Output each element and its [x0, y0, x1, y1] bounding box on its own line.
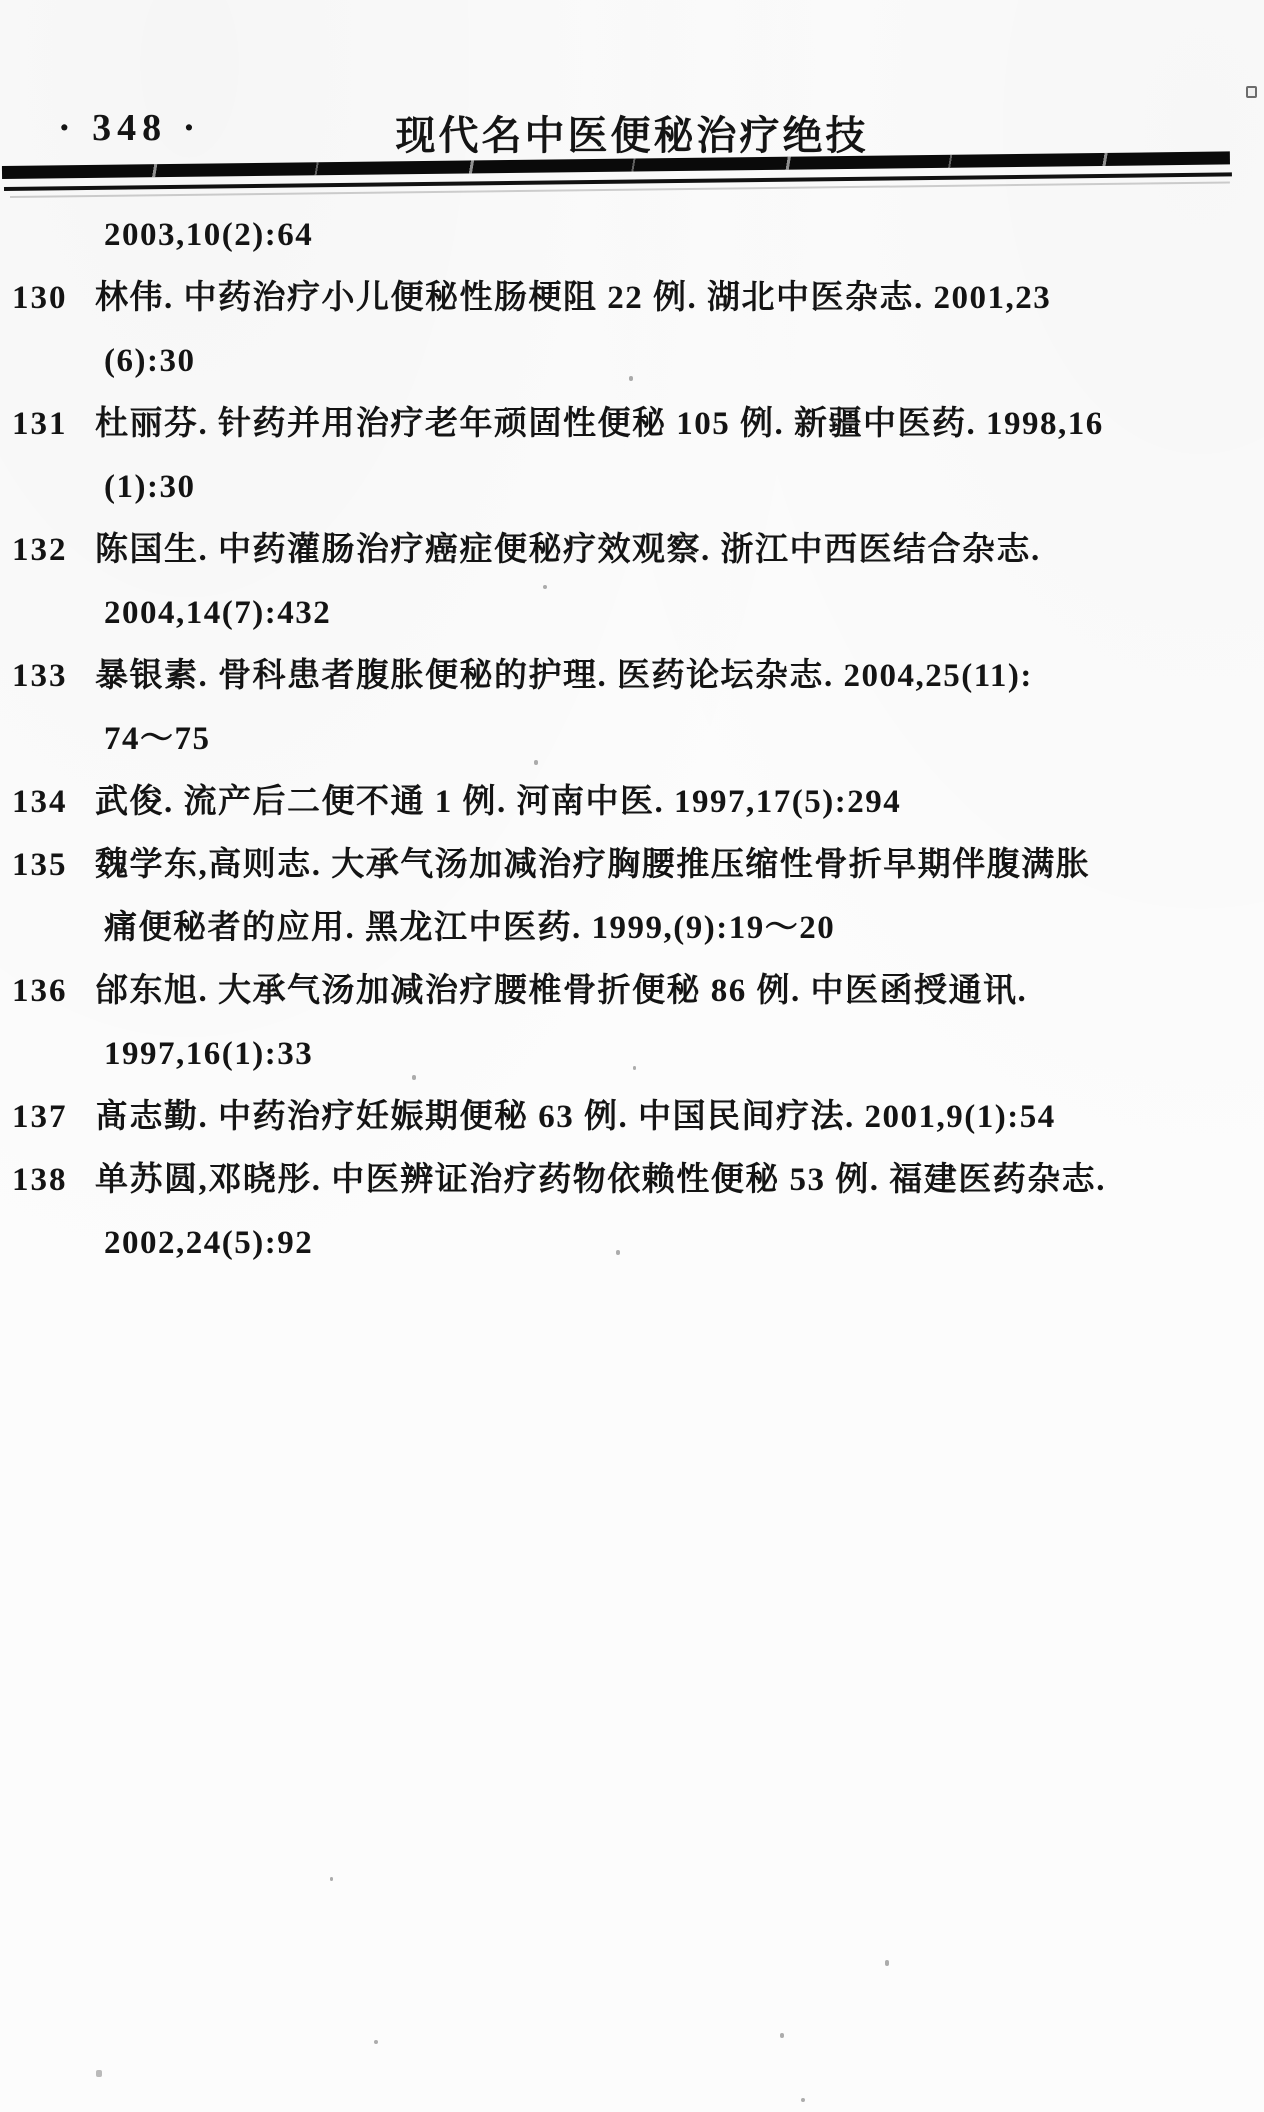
- reference-rows: 130 林伟. 中药治疗小儿便秘性肠梗阻 22 例. 湖北中医杂志. 2001,…: [0, 267, 1264, 1275]
- reference-text: 髙志勤. 中药治疗妊娠期便秘 63 例. 中国民间疗法. 2001,9(1):5…: [95, 1086, 1264, 1149]
- reference-line: 74～75: [95, 708, 1264, 771]
- reference-line: 髙志勤. 中药治疗妊娠期便秘 63 例. 中国民间疗法. 2001,9(1):5…: [95, 1086, 1264, 1149]
- reference-item: 131 杜丽芬. 针药并用治疗老年顽固性便秘 105 例. 新疆中医药. 199…: [0, 393, 1264, 519]
- reference-number: 131: [12, 393, 68, 456]
- scan-speck: [96, 2070, 102, 2077]
- scan-speck: [534, 760, 538, 765]
- scan-speck: [616, 1250, 620, 1255]
- reference-line: (6):30: [95, 330, 1264, 393]
- reference-line: 痛便秘者的应用. 黑龙江中医药. 1999,(9):19～20: [95, 897, 1264, 960]
- reference-number: 135: [12, 834, 68, 897]
- reference-line: (1):30: [95, 456, 1264, 519]
- reference-number: 138: [12, 1149, 68, 1212]
- reference-text: 魏学东,高则志. 大承气汤加减治疗胸腰推压缩性骨折早期伴腹满胀痛便秘者的应用. …: [95, 834, 1264, 960]
- reference-list: 2003,10(2):64 130 林伟. 中药治疗小儿便秘性肠梗阻 22 例.…: [0, 204, 1264, 1275]
- scan-speck: [330, 1877, 333, 1881]
- scan-speck: [629, 376, 633, 381]
- reference-line: 杜丽芬. 针药并用治疗老年顽固性便秘 105 例. 新疆中医药. 1998,16: [95, 393, 1264, 456]
- reference-number: 130: [12, 267, 68, 330]
- reference-item: 136 邰东旭. 大承气汤加减治疗腰椎骨折便秘 86 例. 中医函授通讯.199…: [0, 960, 1264, 1086]
- scanned-book-page: · 348 · 现代名中医便秘治疗绝技 2003,10(2):64 130 林伟…: [0, 0, 1264, 2112]
- reference-item: 138 单苏圆,邓晓彤. 中医辨证治疗药物依赖性便秘 53 例. 福建医药杂志.…: [0, 1149, 1264, 1275]
- reference-text: 杜丽芬. 针药并用治疗老年顽固性便秘 105 例. 新疆中医药. 1998,16…: [95, 393, 1264, 519]
- scan-speck: [780, 2033, 784, 2038]
- reference-line: 单苏圆,邓晓彤. 中医辨证治疗药物依赖性便秘 53 例. 福建医药杂志.: [95, 1149, 1264, 1212]
- reference-line: 2004,14(7):432: [95, 582, 1264, 645]
- reference-text: 邰东旭. 大承气汤加减治疗腰椎骨折便秘 86 例. 中医函授通讯.1997,16…: [95, 960, 1264, 1086]
- reference-item: 130 林伟. 中药治疗小儿便秘性肠梗阻 22 例. 湖北中医杂志. 2001,…: [0, 267, 1264, 393]
- reference-number: 132: [12, 519, 68, 582]
- scan-speck: [543, 585, 547, 589]
- reference-item: 132 陈国生. 中药灌肠治疗癌症便秘疗效观察. 浙江中西医结合杂志.2004,…: [0, 519, 1264, 645]
- reference-number: 134: [12, 771, 68, 834]
- reference-number: 133: [12, 645, 68, 708]
- reference-line: 1997,16(1):33: [95, 1023, 1264, 1086]
- scan-speck: [374, 2040, 378, 2044]
- scan-speck: [885, 1960, 889, 1966]
- reference-item: 135 魏学东,高则志. 大承气汤加减治疗胸腰推压缩性骨折早期伴腹满胀痛便秘者的…: [0, 834, 1264, 960]
- reference-line: 武俊. 流产后二便不通 1 例. 河南中医. 1997,17(5):294: [95, 771, 1264, 834]
- reference-item: 134 武俊. 流产后二便不通 1 例. 河南中医. 1997,17(5):29…: [0, 771, 1264, 834]
- reference-line: 2002,24(5):92: [95, 1212, 1264, 1275]
- reference-line: 邰东旭. 大承气汤加减治疗腰椎骨折便秘 86 例. 中医函授通讯.: [95, 960, 1264, 1023]
- reference-text: 武俊. 流产后二便不通 1 例. 河南中医. 1997,17(5):294: [95, 771, 1264, 834]
- reference-number: 136: [12, 960, 68, 1023]
- reference-text: 林伟. 中药治疗小儿便秘性肠梗阻 22 例. 湖北中医杂志. 2001,23(6…: [95, 267, 1264, 393]
- reference-text: 陈国生. 中药灌肠治疗癌症便秘疗效观察. 浙江中西医结合杂志.2004,14(7…: [95, 519, 1264, 645]
- scan-speck: [801, 2098, 805, 2102]
- reference-item: 137 髙志勤. 中药治疗妊娠期便秘 63 例. 中国民间疗法. 2001,9(…: [0, 1086, 1264, 1149]
- reference-continuation-line: 2003,10(2):64: [104, 204, 1264, 267]
- scan-speck: [412, 1075, 416, 1080]
- scan-speck: [1246, 86, 1257, 98]
- reference-text: 暴银素. 骨科患者腹胀便秘的护理. 医药论坛杂志. 2004,25(11):74…: [95, 645, 1264, 771]
- running-head: · 348 · 现代名中医便秘治疗绝技: [0, 104, 1264, 152]
- reference-line: 陈国生. 中药灌肠治疗癌症便秘疗效观察. 浙江中西医结合杂志.: [95, 519, 1264, 582]
- reference-line: 林伟. 中药治疗小儿便秘性肠梗阻 22 例. 湖北中医杂志. 2001,23: [95, 267, 1264, 330]
- reference-item: 133 暴银素. 骨科患者腹胀便秘的护理. 医药论坛杂志. 2004,25(11…: [0, 645, 1264, 771]
- scan-speck: [633, 1066, 636, 1070]
- reference-number: 137: [12, 1086, 68, 1149]
- reference-line: 魏学东,高则志. 大承气汤加减治疗胸腰推压缩性骨折早期伴腹满胀: [95, 834, 1264, 897]
- reference-line: 暴银素. 骨科患者腹胀便秘的护理. 医药论坛杂志. 2004,25(11):: [95, 645, 1264, 708]
- reference-text: 单苏圆,邓晓彤. 中医辨证治疗药物依赖性便秘 53 例. 福建医药杂志.2002…: [95, 1149, 1264, 1275]
